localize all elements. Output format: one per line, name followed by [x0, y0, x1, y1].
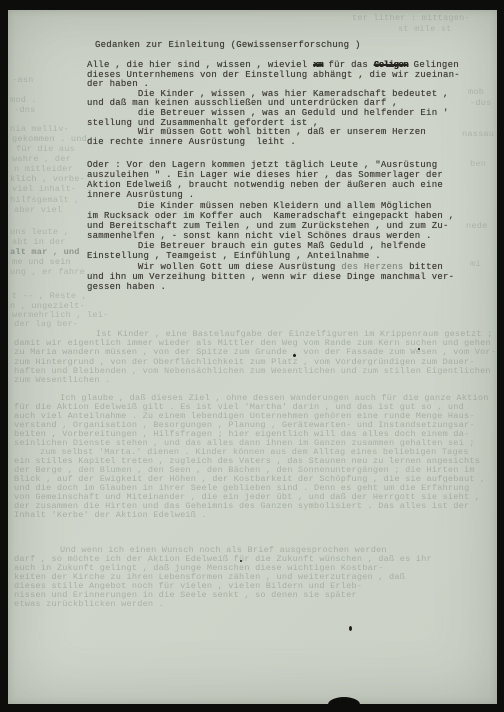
scanned-document-page: ter lither : mittagen-st mile st-asnmod …	[0, 0, 504, 712]
paper-sheet	[8, 10, 497, 704]
scan-edge-artifact	[328, 697, 360, 712]
